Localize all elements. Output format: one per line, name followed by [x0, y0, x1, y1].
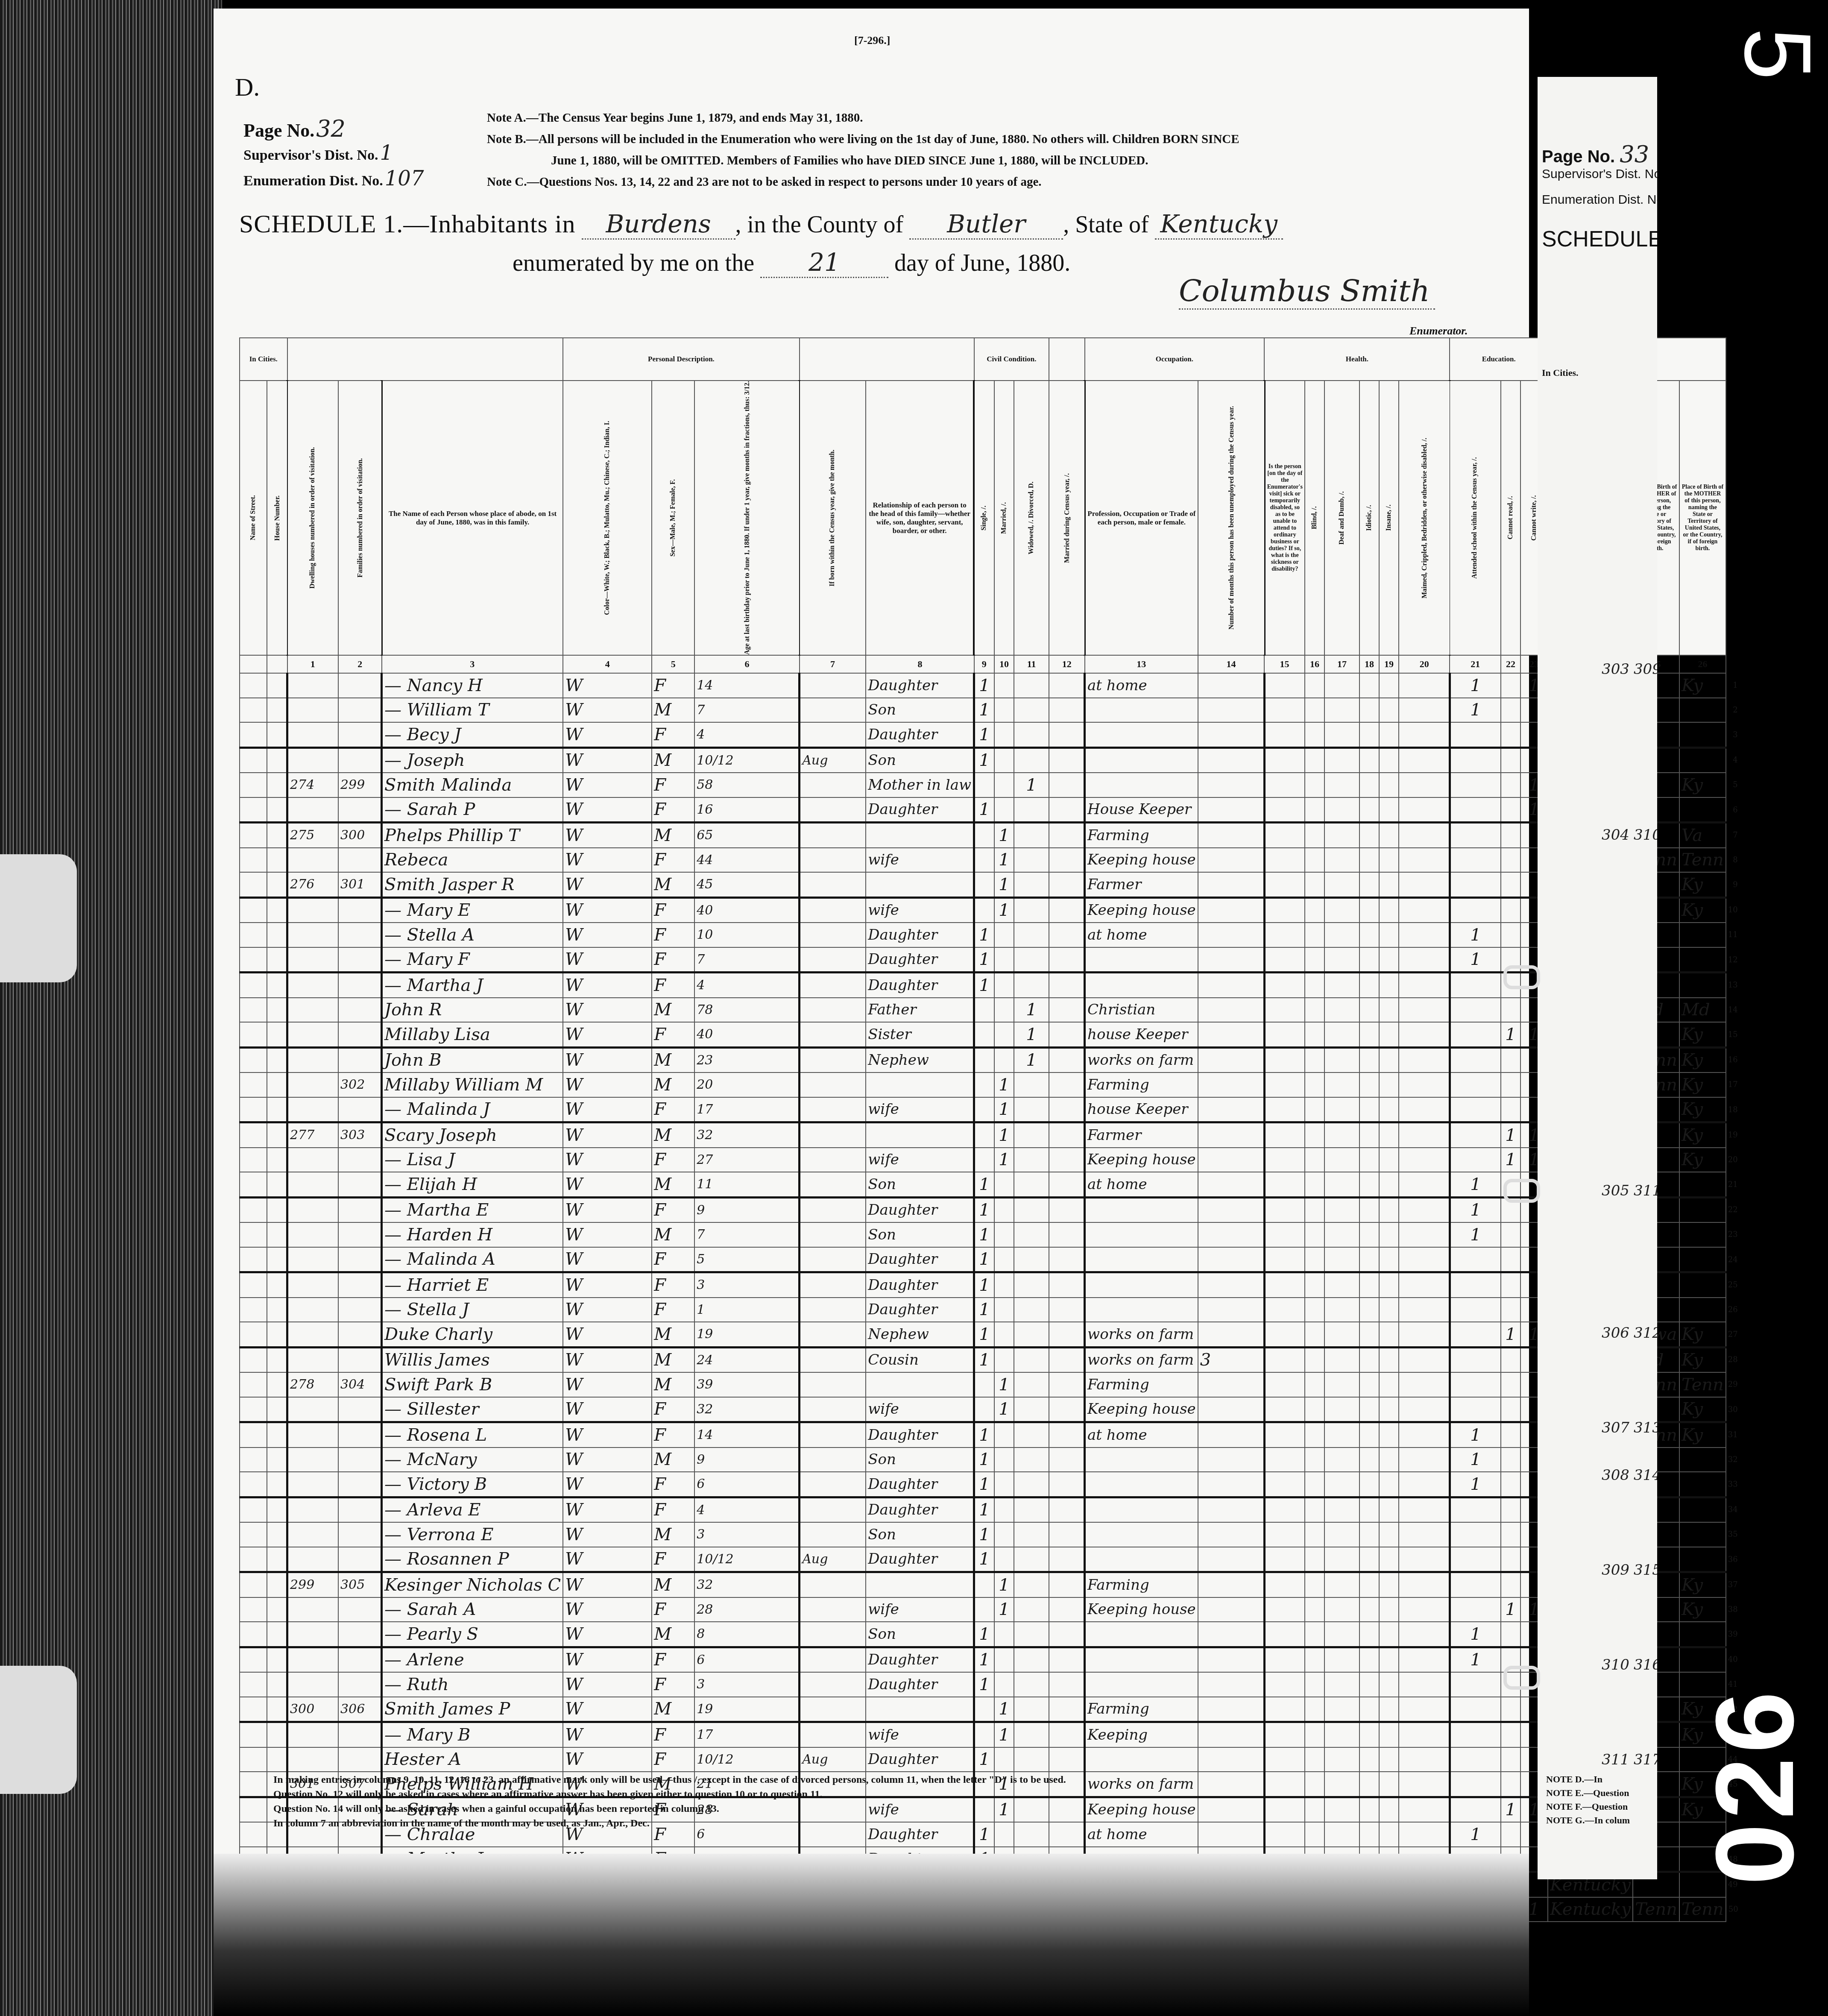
dwelling-number: 305 — [1602, 1182, 1629, 1199]
mother-birthplace — [1679, 1522, 1726, 1547]
column-number: 5 — [652, 655, 694, 673]
sex: M — [652, 1448, 694, 1472]
occupation: Farmer — [1085, 872, 1198, 897]
married-in-year-mark — [1049, 1122, 1085, 1148]
group-education: Education. — [1450, 338, 1548, 381]
cannot-read-mark: 1 — [1501, 1148, 1520, 1172]
occupation: Keeping house — [1085, 1797, 1198, 1822]
age: 16 — [694, 797, 800, 823]
relationship: Nephew — [866, 1047, 974, 1072]
family-number — [338, 998, 382, 1023]
insane-mark — [1379, 1472, 1399, 1497]
mother-birthplace: Ky — [1679, 1422, 1726, 1448]
single-mark: 1 — [974, 1272, 995, 1298]
street — [240, 1322, 267, 1347]
line-number: 27 — [1726, 1322, 1740, 1347]
line-number: 24 — [1726, 1247, 1740, 1272]
col-header: The Name of each Person whose place of a… — [382, 381, 563, 655]
deaf-dumb-mark — [1324, 1397, 1359, 1422]
sex: M — [652, 1522, 694, 1547]
cannot-read-mark — [1501, 1572, 1520, 1597]
single-mark: 1 — [974, 1322, 995, 1347]
col-header: Profession, Occupation or Trade of each … — [1085, 381, 1198, 655]
census-row-17: 302Millaby William MWM201FarmingKentucky… — [240, 1072, 1740, 1097]
widowed-mark — [1014, 1097, 1049, 1122]
insane-mark — [1379, 1397, 1399, 1422]
occupation: works on farm — [1085, 1347, 1198, 1372]
person-name: Smith Malinda — [382, 773, 563, 797]
deaf-dumb-mark — [1324, 1372, 1359, 1397]
single-mark: 1 — [974, 1622, 995, 1647]
line-number: 3 — [1726, 722, 1740, 747]
single-mark: 1 — [974, 1247, 995, 1272]
person-name: — Mary B — [382, 1722, 563, 1747]
widowed-mark — [1014, 1122, 1049, 1148]
line-number: 31 — [1726, 1422, 1740, 1448]
family-number — [338, 1172, 382, 1197]
disabled-mark — [1399, 923, 1450, 947]
relationship: wife — [866, 1597, 974, 1622]
birth-month — [800, 1722, 866, 1747]
binding-ring — [1503, 1179, 1540, 1203]
insane-mark — [1379, 1148, 1399, 1172]
single-mark: 1 — [974, 1197, 995, 1222]
sickness — [1264, 1822, 1305, 1847]
house-number — [267, 1122, 287, 1148]
relationship: Daughter — [866, 1647, 974, 1672]
deaf-dumb-mark — [1324, 773, 1359, 797]
insane-mark — [1379, 1298, 1399, 1322]
age: 6 — [694, 1472, 800, 1497]
sex: F — [652, 1422, 694, 1448]
note-b2: June 1, 1880, will be OMITTED. Members o… — [487, 154, 1239, 175]
family-number — [338, 1322, 382, 1347]
deaf-dumb-mark — [1324, 1148, 1359, 1172]
column-number: 20 — [1399, 655, 1450, 673]
blind-mark — [1305, 1448, 1324, 1472]
col-header: If born within the Census year, give the… — [800, 381, 866, 655]
idiotic-mark — [1359, 1197, 1379, 1222]
sex: F — [652, 1497, 694, 1522]
relationship: Daughter — [866, 923, 974, 947]
disabled-mark — [1399, 1697, 1450, 1722]
enumerated-label: enumerated by me on the — [513, 250, 754, 276]
birth-month — [800, 872, 866, 897]
color: W — [563, 1047, 652, 1072]
married-in-year-mark — [1049, 1222, 1085, 1247]
line-number: 21 — [1726, 1172, 1740, 1197]
birth-month — [800, 1372, 866, 1397]
sickness — [1264, 947, 1305, 973]
sex: F — [652, 673, 694, 698]
person-name: — Verrona E — [382, 1522, 563, 1547]
cannot-read-mark — [1501, 1422, 1520, 1448]
line-number: 5 — [1726, 773, 1740, 797]
single-mark: 1 — [974, 1347, 995, 1372]
dwelling-number — [287, 1647, 339, 1672]
enumeration-month-year: day of June, 1880. — [894, 250, 1070, 276]
census-row-38: — Sarah AWF28wife1Keeping house11Kentuck… — [240, 1597, 1740, 1622]
married-mark: 1 — [994, 1148, 1014, 1172]
months-unemployed — [1198, 1497, 1265, 1522]
mother-birthplace: Ky — [1679, 773, 1726, 797]
widowed-mark: 1 — [1014, 773, 1049, 797]
family-number: 314 — [1634, 1467, 1657, 1484]
sickness — [1264, 1197, 1305, 1222]
sickness — [1264, 1747, 1305, 1772]
person-name: — Stella A — [382, 923, 563, 947]
single-mark — [974, 1397, 995, 1422]
note-a: Note A.—The Census Year begins June 1, 1… — [487, 111, 1239, 132]
deaf-dumb-mark — [1324, 747, 1359, 773]
line-number: 32 — [1726, 1448, 1740, 1472]
house-number — [267, 1172, 287, 1197]
disabled-mark — [1399, 673, 1450, 698]
age: 65 — [694, 823, 800, 848]
occupation: at home — [1085, 1422, 1198, 1448]
months-unemployed — [1198, 797, 1265, 823]
occupation — [1085, 1298, 1198, 1322]
cannot-read-mark — [1501, 1347, 1520, 1372]
married-mark — [994, 1522, 1014, 1547]
census-row-24: — Malinda AWF5Daughter1Kentucky24 — [240, 1247, 1740, 1272]
person-name: — Sillester — [382, 1397, 563, 1422]
sex: M — [652, 1622, 694, 1647]
disabled-mark — [1399, 823, 1450, 848]
relationship — [866, 1697, 974, 1722]
mother-birthplace — [1679, 1272, 1726, 1298]
street — [240, 1072, 267, 1097]
idiotic-mark — [1359, 1747, 1379, 1772]
sex: M — [652, 998, 694, 1023]
relationship: Daughter — [866, 1747, 974, 1772]
age: 28 — [694, 1597, 800, 1622]
mother-birthplace — [1679, 1497, 1726, 1522]
married-in-year-mark — [1049, 1397, 1085, 1422]
color: W — [563, 1497, 652, 1522]
months-unemployed — [1198, 1122, 1265, 1148]
mother-birthplace: Ky — [1679, 1597, 1726, 1622]
single-mark: 1 — [974, 1522, 995, 1547]
single-mark: 1 — [974, 1472, 995, 1497]
age: 78 — [694, 998, 800, 1023]
age: 19 — [694, 1697, 800, 1722]
occupation: Farming — [1085, 823, 1198, 848]
color: W — [563, 848, 652, 873]
attended-school-mark: 1 — [1450, 1448, 1501, 1472]
census-row-2: — William TWM7Son11Kentucky2 — [240, 698, 1740, 723]
widowed-mark — [1014, 1298, 1049, 1322]
widowed-mark — [1014, 1572, 1049, 1597]
attended-school-mark — [1450, 1022, 1501, 1047]
person-name: Phelps Phillip T — [382, 823, 563, 848]
occupation — [1085, 773, 1198, 797]
widowed-mark — [1014, 1722, 1049, 1747]
color: W — [563, 998, 652, 1023]
idiotic-mark — [1359, 1622, 1379, 1647]
color: W — [563, 1622, 652, 1647]
mother-birthplace: Md — [1679, 998, 1726, 1023]
idiotic-mark — [1359, 1522, 1379, 1547]
census-row-42: 300306Smith James PWM191FarmingKentuckyK… — [240, 1697, 1740, 1722]
birth-month — [800, 1347, 866, 1372]
sex: M — [652, 1072, 694, 1097]
dwelling-number: 303 — [1602, 661, 1629, 678]
sex: M — [652, 1222, 694, 1247]
married-mark: 1 — [994, 848, 1014, 873]
disabled-mark — [1399, 947, 1450, 973]
schedule-header: SCHEDULE 1.—Inhabitants in Burdens, in t… — [239, 209, 1283, 240]
months-unemployed — [1198, 1647, 1265, 1672]
married-mark: 1 — [994, 1097, 1014, 1122]
months-unemployed — [1198, 1197, 1265, 1222]
months-unemployed — [1198, 1022, 1265, 1047]
occupation — [1085, 1222, 1198, 1247]
house-number — [267, 872, 287, 897]
months-unemployed — [1198, 773, 1265, 797]
enumeration-date-line: enumerated by me on the 21 day of June, … — [513, 248, 1070, 278]
person-name: — Lisa J — [382, 1148, 563, 1172]
dwelling-number — [287, 1722, 339, 1747]
insane-mark — [1379, 1347, 1399, 1372]
dwelling-number — [287, 1397, 339, 1422]
sex: F — [652, 1647, 694, 1672]
blind-mark — [1305, 1222, 1324, 1247]
attended-school-mark — [1450, 998, 1501, 1023]
deaf-dumb-mark — [1324, 1622, 1359, 1647]
widowed-mark — [1014, 1272, 1049, 1298]
binding-tab — [0, 854, 77, 982]
mother-birthplace: Ky — [1679, 1322, 1726, 1347]
family-number — [338, 1547, 382, 1572]
sickness — [1264, 1298, 1305, 1322]
col-header: Age at last birthday prior to June 1, 18… — [694, 381, 800, 655]
line-number: 17 — [1726, 1072, 1740, 1097]
facing-page-entry: 309315 — [1602, 1562, 1657, 1579]
line-number: 29 — [1726, 1372, 1740, 1397]
cannot-read-mark: 1 — [1501, 1122, 1520, 1148]
person-name: Hester A — [382, 1747, 563, 1772]
mother-birthplace — [1679, 747, 1726, 773]
color: W — [563, 1372, 652, 1397]
occupation: works on farm — [1085, 1322, 1198, 1347]
idiotic-mark — [1359, 823, 1379, 848]
deaf-dumb-mark — [1324, 1597, 1359, 1622]
married-in-year-mark — [1049, 823, 1085, 848]
married-in-year-mark — [1049, 897, 1085, 923]
house-number — [267, 823, 287, 848]
age: 3 — [694, 1672, 800, 1697]
family-number — [338, 1448, 382, 1472]
color: W — [563, 1122, 652, 1148]
birth-month — [800, 722, 866, 747]
family-number — [338, 848, 382, 873]
married-mark — [994, 673, 1014, 698]
idiotic-mark — [1359, 1072, 1379, 1097]
street — [240, 1197, 267, 1222]
census-page-left: D. [7-296.] Page No. 32 Supervisor's Dis… — [214, 9, 1529, 1854]
census-row-29: 278304Swift Park BWM391FarmingTennTennTe… — [240, 1372, 1740, 1397]
relationship: Daughter — [866, 1298, 974, 1322]
color: W — [563, 1547, 652, 1572]
blind-mark — [1305, 848, 1324, 873]
color: W — [563, 1072, 652, 1097]
widowed-mark — [1014, 1222, 1049, 1247]
deaf-dumb-mark — [1324, 1647, 1359, 1672]
col-header: Married, /. — [994, 381, 1014, 655]
family-number — [338, 1247, 382, 1272]
blind-mark — [1305, 1298, 1324, 1322]
family-number: 316 — [1634, 1656, 1657, 1673]
blind-mark — [1305, 747, 1324, 773]
sickness — [1264, 1472, 1305, 1497]
age: 24 — [694, 1347, 800, 1372]
relationship: Son — [866, 1622, 974, 1647]
color: W — [563, 698, 652, 723]
family-number — [338, 1022, 382, 1047]
idiotic-mark — [1359, 1697, 1379, 1722]
widowed-mark — [1014, 1422, 1049, 1448]
census-row-31: — Rosena LWF14Daughter1at home1KentuckyT… — [240, 1422, 1740, 1448]
age: 5 — [694, 1247, 800, 1272]
census-row-16: John BWM23Nephew1works on farmKentuckyTe… — [240, 1047, 1740, 1072]
months-unemployed — [1198, 1047, 1265, 1072]
line-number: 4 — [1726, 747, 1740, 773]
mother-birthplace: Ky — [1679, 1572, 1726, 1597]
deaf-dumb-mark — [1324, 947, 1359, 973]
house-number — [267, 1547, 287, 1572]
single-mark — [974, 1372, 995, 1397]
disabled-mark — [1399, 1747, 1450, 1772]
single-mark: 1 — [974, 1448, 995, 1472]
idiotic-mark — [1359, 1547, 1379, 1572]
relationship: Daughter — [866, 947, 974, 973]
married-in-year-mark — [1049, 1197, 1085, 1222]
idiotic-mark — [1359, 797, 1379, 823]
census-row-20: — Lisa JWF27wife1Keeping house11Kentucky… — [240, 1148, 1740, 1172]
person-name: Kesinger Nicholas C — [382, 1572, 563, 1597]
street — [240, 1122, 267, 1148]
film-frame-number: 026 — [1691, 1687, 1819, 1885]
idiotic-mark — [1359, 698, 1379, 723]
insane-mark — [1379, 1672, 1399, 1697]
occupation — [1085, 1272, 1198, 1298]
birth-month — [800, 1322, 866, 1347]
dwelling-number — [287, 1197, 339, 1222]
occupation: Farming — [1085, 1572, 1198, 1597]
dwelling-number: 309 — [1602, 1562, 1629, 1579]
street — [240, 1372, 267, 1397]
married-mark: 1 — [994, 1697, 1014, 1722]
disabled-mark — [1399, 797, 1450, 823]
dwelling-number — [287, 1247, 339, 1272]
street — [240, 747, 267, 773]
census-row-4: — JosephWM10/12AugSon1Kentucky4 — [240, 747, 1740, 773]
mother-birthplace — [1679, 1647, 1726, 1672]
single-mark — [974, 773, 995, 797]
dwelling-number — [287, 1547, 339, 1572]
deaf-dumb-mark — [1324, 1298, 1359, 1322]
insane-mark — [1379, 1497, 1399, 1522]
idiotic-mark — [1359, 872, 1379, 897]
disabled-mark — [1399, 1472, 1450, 1497]
insane-mark — [1379, 872, 1399, 897]
months-unemployed — [1198, 1722, 1265, 1747]
insane-mark — [1379, 848, 1399, 873]
sickness — [1264, 1547, 1305, 1572]
occupation — [1085, 1522, 1198, 1547]
line-number: 20 — [1726, 1148, 1740, 1172]
disabled-mark — [1399, 872, 1450, 897]
person-name: — Malinda A — [382, 1247, 563, 1272]
mother-birthplace — [1679, 698, 1726, 723]
sex: F — [652, 1547, 694, 1572]
deaf-dumb-mark — [1324, 722, 1359, 747]
col-header: Attended school within the Census year, … — [1450, 381, 1501, 655]
single-mark — [974, 1148, 995, 1172]
sex: M — [652, 1697, 694, 1722]
age: 1 — [694, 1298, 800, 1322]
street — [240, 722, 267, 747]
cannot-read-mark — [1501, 923, 1520, 947]
sickness — [1264, 673, 1305, 698]
deaf-dumb-mark — [1324, 848, 1359, 873]
family-number — [338, 1347, 382, 1372]
widowed-mark — [1014, 973, 1049, 998]
sickness — [1264, 1397, 1305, 1422]
birth-month — [800, 1397, 866, 1422]
idiotic-mark — [1359, 973, 1379, 998]
idiotic-mark — [1359, 1372, 1379, 1397]
birth-month — [800, 1522, 866, 1547]
insane-mark — [1379, 673, 1399, 698]
relationship: Son — [866, 1222, 974, 1247]
dwelling-number — [287, 947, 339, 973]
family-number: 301 — [338, 872, 382, 897]
widowed-mark — [1014, 947, 1049, 973]
birth-month — [800, 897, 866, 923]
deaf-dumb-mark — [1324, 1047, 1359, 1072]
dwelling-number — [287, 1497, 339, 1522]
color: W — [563, 722, 652, 747]
insane-mark — [1379, 1797, 1399, 1822]
deaf-dumb-mark — [1324, 1672, 1359, 1697]
column-number: 16 — [1305, 655, 1324, 673]
blind-mark — [1305, 1097, 1324, 1122]
married-in-year-mark — [1049, 1148, 1085, 1172]
sex: M — [652, 1172, 694, 1197]
family-number: 317 — [1634, 1751, 1657, 1768]
blind-mark — [1305, 722, 1324, 747]
married-in-year-mark — [1049, 1322, 1085, 1347]
dwelling-number — [287, 1448, 339, 1472]
sex: F — [652, 1197, 694, 1222]
street — [240, 897, 267, 923]
birth-month — [800, 1072, 866, 1097]
person-name: — William T — [382, 698, 563, 723]
sickness — [1264, 1122, 1305, 1148]
relationship: Daughter — [866, 973, 974, 998]
married-mark: 1 — [994, 1122, 1014, 1148]
birth-month — [800, 1472, 866, 1497]
age: 4 — [694, 973, 800, 998]
group-civil: Civil Condition. — [974, 338, 1049, 381]
attended-school-mark: 1 — [1450, 1822, 1501, 1847]
family-number — [338, 1622, 382, 1647]
deaf-dumb-mark — [1324, 1747, 1359, 1772]
idiotic-mark — [1359, 1672, 1379, 1697]
person-name: — Elijah H — [382, 1172, 563, 1197]
